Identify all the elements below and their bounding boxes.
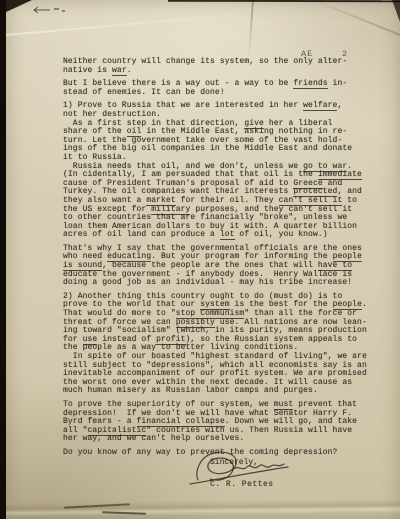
paragraph: Neither country will change its system, …: [63, 58, 375, 75]
scanned-letter-page: AE 2 Neither country will change its sys…: [6, 0, 400, 519]
letter-line: her way, and we can't help ourselves.: [63, 435, 375, 444]
paper-crease-mark: [64, 503, 130, 508]
letter-body: Neither country will change its system, …: [63, 58, 375, 463]
letter-line: much human misery as Russian labor camps…: [63, 387, 375, 396]
text-segment: in-: [328, 79, 348, 88]
pencil-arrow-mark-icon: [30, 4, 70, 16]
paragraph: That's why I say that the governmental o…: [63, 245, 375, 288]
text-segment: stead of enemies. It can be done!: [63, 88, 225, 97]
text-segment: native is: [63, 66, 112, 75]
paper-fold-crease: [6, 499, 400, 517]
text-segment: much human misery as Russian labor camps…: [63, 386, 318, 395]
text-segment: ,: [337, 101, 342, 110]
paragraph: To prove the superiority of our system, …: [63, 401, 375, 444]
text-segment: of oil, you know.): [235, 230, 328, 239]
underlined-text-segment: lot: [220, 230, 235, 240]
underlined-text-segment: war: [112, 66, 127, 76]
paragraph: But I believe there is a way out - a way…: [63, 80, 375, 97]
text-segment: .: [362, 300, 367, 309]
handwritten-signature: [184, 446, 304, 490]
paragraph: 2) Another thing this country ought to d…: [63, 293, 375, 396]
paper-crease: [248, 0, 254, 58]
underlined-text-segment: welfare: [303, 101, 337, 111]
paper-crease: [306, 0, 400, 39]
letter-line: native is war.: [63, 67, 375, 76]
text-segment: acres of oil land can produce a: [63, 230, 220, 239]
text-segment: doing a good job as an individual - may …: [63, 278, 352, 287]
underlined-text-segment: friends: [293, 79, 327, 89]
letter-line: stead of enemies. It can be done!: [63, 89, 375, 98]
paper-crease-mark: [102, 511, 146, 515]
text-segment: her way, and we can't help ourselves.: [63, 434, 244, 443]
letter-line: acres of oil land can produce a lot of o…: [63, 231, 375, 240]
text-segment: .: [127, 66, 132, 75]
letter-line: doing a good job as an individual - may …: [63, 279, 375, 288]
paragraph: 1) Prove to Russia that we are intereste…: [63, 102, 375, 240]
